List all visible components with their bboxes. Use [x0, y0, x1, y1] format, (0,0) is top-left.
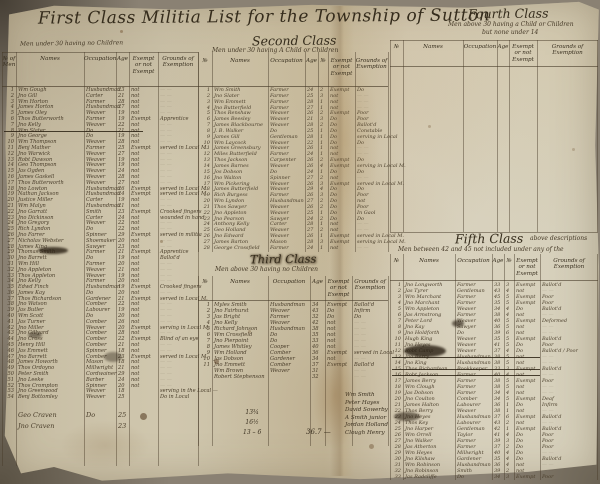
names-list-item: Peter Hayes: [345, 400, 388, 408]
first-class-table: № of Men Names Occupation Age Exempt or …: [2, 52, 198, 466]
total-note: 36.7 —: [306, 428, 331, 436]
col-header-grounds: Grounds of Exemption: [158, 56, 198, 75]
col-header-names: Names: [212, 58, 268, 77]
col-header-names: Names: [212, 279, 268, 298]
col-header-grounds: Grounds of Exemption: [537, 44, 598, 63]
col-header-grounds: Grounds of Exemption: [352, 279, 388, 298]
fourth-class-title: Fourth Class: [468, 6, 549, 22]
col-header-occupation: Occupation: [268, 279, 310, 298]
row-children: 1: [318, 246, 328, 252]
col-header-grounds: Grounds of Exemption: [540, 258, 598, 277]
fourth-class-table: № Names Occupation Age Exempt or not Exe…: [390, 40, 598, 232]
row-age: 25: [116, 395, 129, 401]
summary-occupation: Do: [84, 410, 116, 421]
col-header-names: Names: [403, 44, 463, 63]
row-number: [198, 374, 212, 380]
row-occupation: Do: [455, 474, 492, 480]
row-name: Benj Bottomley: [16, 395, 84, 401]
col-header-exempt: Exempt or not Exempt: [509, 44, 537, 63]
col-header-age: Age: [310, 279, 325, 298]
col-header-no: № of Men: [2, 56, 16, 75]
row-children: 3: [504, 474, 514, 480]
col-header-no: №: [390, 44, 403, 63]
row-grounds: Poor: [540, 474, 598, 480]
fifth-class-rows: 1 Jno Longworth Farmer 33 3 Exempt Ballo…: [390, 282, 598, 480]
row-name: George Crossfield: [212, 246, 268, 252]
second-class-table: № Names Occupation Age № Exempt or not E…: [198, 52, 388, 252]
arithmetic-notes: 13¾ 16½ 13 – 6: [243, 408, 261, 438]
row-occupation: Weaver: [84, 395, 116, 401]
foxing-spots: [120, 30, 123, 33]
col-header-occupation: Occupation: [268, 58, 305, 77]
names-list-item: A Smith junior: [345, 415, 388, 423]
summary-age: 25: [116, 410, 129, 421]
row-exempt: Exempt: [514, 474, 540, 480]
fifth-class-subtitle: Men between 42 and 45 not included under…: [398, 246, 564, 253]
first-class-summary: Geo Craven Do 25 Jno Craven 23: [2, 410, 198, 432]
col-header-exempt: Exempt or not Exempt: [129, 56, 158, 75]
row-age: 34: [492, 474, 504, 480]
fifth-class-title: Fifth Class: [455, 231, 523, 247]
row-number: 28: [198, 246, 212, 252]
row-exempt: [325, 374, 352, 380]
fraction-line: 16½: [243, 418, 261, 428]
table-row: 54 Benj Bottomley Weaver 25 Do in Local: [2, 395, 198, 401]
col-header-no: №: [198, 58, 212, 77]
fifth-class-title-note: above descriptions: [530, 235, 587, 242]
row-occupation: [268, 374, 310, 380]
col-header-names: Names: [403, 258, 455, 277]
fraction-line: 13¾: [243, 408, 261, 418]
row-grounds: [352, 374, 388, 380]
col-header-exempt: Exempt or not Exempt: [325, 279, 352, 298]
row-occupation: Farmer: [268, 246, 305, 252]
table-row: 33 Jas Radcliffe Do 34 3 Exempt Poor: [390, 474, 598, 480]
fourth-class-subtitle2: but none under 14: [482, 29, 538, 36]
names-list-item: David Sowerby: [345, 407, 388, 415]
col-header-children: №: [504, 258, 514, 277]
row-number: 33: [390, 474, 403, 480]
names-list-item: Jordan Holland: [345, 422, 388, 430]
page-title: First Class Militia List for the Townshi…: [38, 5, 490, 28]
summary-name: Geo Craven: [16, 410, 84, 421]
names-list: Wm Smith Peter Hayes David Sowerby A Smi…: [345, 392, 388, 438]
col-header-occupation: Occupation: [84, 56, 116, 75]
col-header-age: Age: [497, 44, 509, 63]
row-name: Robert Stephenson: [212, 374, 268, 380]
col-header-exempt: Exempt or not Exempt: [328, 58, 355, 77]
fifth-class-table: № Names Occupation Age № Exempt or not E…: [390, 254, 598, 480]
first-class-subtitle: Men under 30 having no Children: [20, 39, 123, 47]
col-header-age: Age: [116, 56, 129, 75]
first-class-rows: 1 Wm Gough Husbandman 23 not 2 Jno Gill …: [2, 88, 198, 401]
col-header-age: Age: [305, 58, 318, 77]
row-exempt: not: [328, 246, 355, 252]
table-row: 28 George Crossfield Farmer 24 1 not: [198, 246, 388, 252]
summary-age: 23: [116, 421, 129, 432]
col-header-no: №: [198, 279, 212, 298]
fourth-class-subtitle1: Men above 30 having a Child or Children: [448, 21, 574, 28]
fraction-line: 13 – 6: [243, 428, 261, 438]
third-class-subtitle: Men above 30 having no Children: [215, 266, 318, 273]
col-header-children: №: [318, 58, 328, 77]
summary-row: Jno Craven 23: [2, 421, 198, 432]
names-list-item: Wm Smith: [345, 392, 388, 400]
scanned-militia-document: First Class Militia List for the Townshi…: [0, 0, 600, 484]
col-header-exempt: Exempt or not Exempt: [514, 258, 540, 277]
third-class-title: Third Class: [250, 252, 317, 267]
col-header-occupation: Occupation: [455, 258, 492, 277]
summary-name: Jno Craven: [16, 421, 84, 432]
row-age: 32: [310, 374, 325, 380]
row-grounds: Do in Local: [158, 395, 198, 401]
summary-occupation: [84, 421, 116, 432]
row-number: 54: [2, 395, 16, 401]
col-header-grounds: Grounds of Exemption: [355, 58, 388, 77]
col-header-no: №: [390, 258, 403, 277]
col-header-occupation: Occupation: [463, 44, 497, 63]
row-grounds: [355, 246, 388, 252]
names-list-item: Clough Henry: [345, 430, 388, 438]
table-row: Robert Stephenson 32: [198, 374, 388, 380]
col-header-age: Age: [492, 258, 504, 277]
row-name: Jas Radcliffe: [403, 474, 455, 480]
summary-row: Geo Craven Do 25: [2, 410, 198, 421]
second-class-rows: 1 Wm Smith Farmer 24 2 Exempt Do 2 Jno S…: [198, 88, 388, 252]
third-class-rows: 1 Myles Smith Husbandman 34 Exempt Ballo…: [198, 302, 388, 380]
col-header-names: Names: [16, 56, 84, 75]
row-exempt: [129, 395, 158, 401]
